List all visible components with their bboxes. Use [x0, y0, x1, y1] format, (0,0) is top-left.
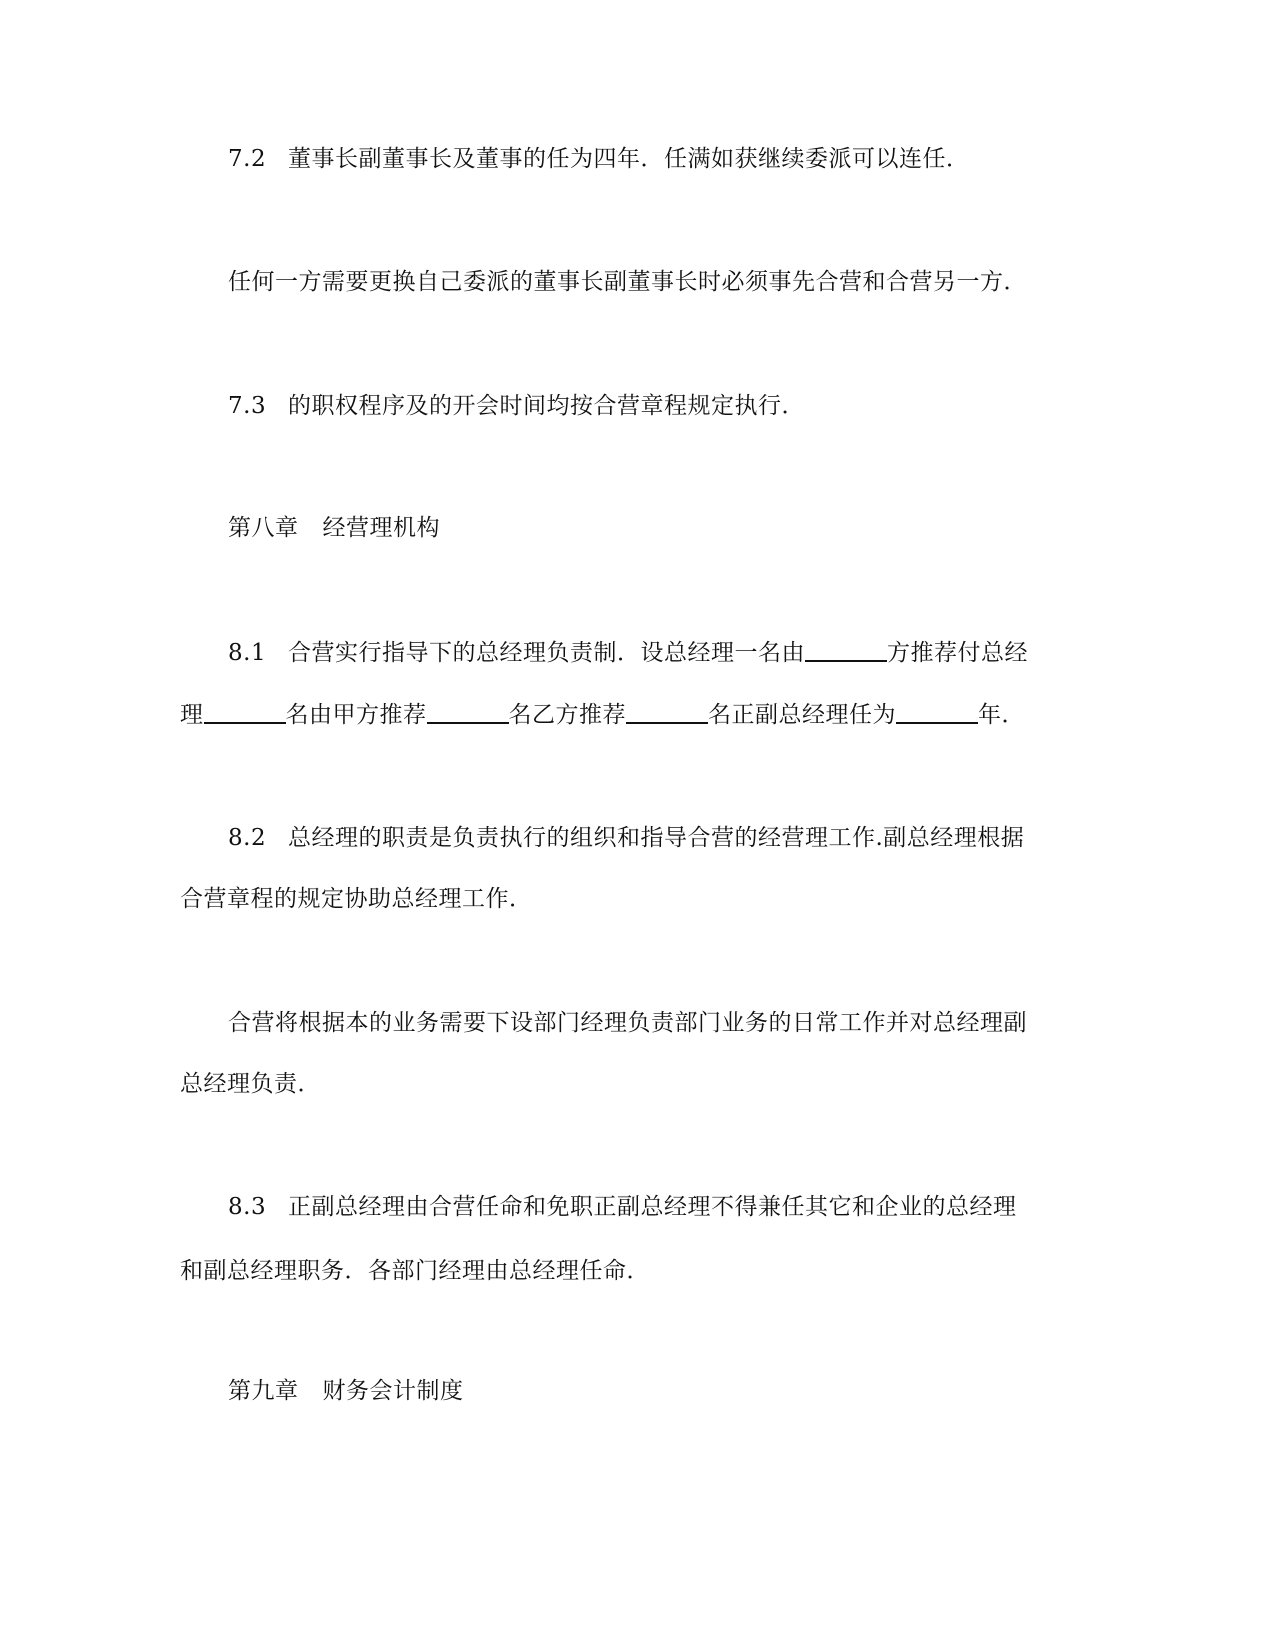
paragraph-text: 任何一方需要更换自己委派的董事长副董事长时必须事先合营和合营另一方．: [228, 269, 1027, 295]
clause-number: 7.3: [228, 391, 288, 421]
clause-text: 方推荐付总经: [887, 640, 1028, 666]
clause-8-2-paragraph-line-1: 合营将根据本的业务需要下设部门经理负责部门业务的日常工作并对总经理副: [228, 1008, 1027, 1038]
clause-text: 董事长副董事长及董事的任为四年．任满如获继续委派可以连任．: [288, 146, 970, 172]
clause-8-2-line-1: 8.2总经理的职责是负责执行的组织和指导合营的经营理工作.副总经理根据: [228, 823, 1024, 853]
chapter-8-heading: 第八章经营理机构: [228, 513, 440, 543]
clause-number: 7.2: [228, 144, 288, 174]
paragraph-text: 合营将根据本的业务需要下设部门经理负责部门业务的日常工作并对总经理副: [228, 1010, 1027, 1036]
clause-text: 名由甲方推荐: [286, 702, 427, 728]
clause-text: 合营章程的规定协助总经理工作．: [180, 886, 533, 912]
clause-text: 名正副总经理任为: [708, 702, 896, 728]
clause-8-3-line-1: 8.3正副总经理由合营任命和免职正副总经理不得兼任其它和企业的总经理: [228, 1192, 1017, 1222]
clause-8-3-line-2: 和副总经理职务．各部门经理由总经理任命．: [180, 1256, 650, 1286]
clause-text: 理: [180, 702, 204, 728]
clause-text: 合营实行指导下的总经理负责制．设总经理一名由: [288, 640, 805, 666]
clause-text: 和副总经理职务．各部门经理由总经理任命．: [180, 1258, 650, 1284]
clause-number: 8.2: [228, 823, 288, 853]
clause-text: 总经理的职责是负责执行的组织和指导合营的经营理工作.副总经理根据: [288, 825, 1024, 851]
chapter-title: 财务会计制度: [323, 1378, 464, 1404]
clause-text: 的职权程序及的开会时间均按合营章程规定执行．: [288, 393, 805, 419]
clause-text: 年．: [978, 702, 1025, 728]
clause-8-1-line-2: 理名由甲方推荐名乙方推荐名正副总经理任为年．: [180, 700, 1025, 730]
clause-8-2-paragraph-line-2: 总经理负责．: [180, 1069, 321, 1099]
fill-in-blank[interactable]: [204, 700, 286, 724]
chapter-number: 第九章: [228, 1378, 299, 1404]
fill-in-blank[interactable]: [626, 700, 708, 724]
clause-8-2-line-2: 合营章程的规定协助总经理工作．: [180, 884, 533, 914]
fill-in-blank[interactable]: [427, 700, 509, 724]
paragraph-text: 总经理负责．: [180, 1071, 321, 1097]
clause-7-3: 7.3的职权程序及的开会时间均按合营章程规定执行．: [228, 391, 805, 421]
clause-7-2-paragraph: 任何一方需要更换自己委派的董事长副董事长时必须事先合营和合营另一方．: [228, 267, 1027, 297]
fill-in-blank[interactable]: [896, 700, 978, 724]
clause-number: 8.3: [228, 1192, 288, 1222]
clause-text: 名乙方推荐: [509, 702, 627, 728]
clause-number: 8.1: [228, 638, 288, 668]
chapter-title: 经营理机构: [323, 515, 441, 541]
clause-text: 正副总经理由合营任命和免职正副总经理不得兼任其它和企业的总经理: [288, 1194, 1017, 1220]
chapter-number: 第八章: [228, 515, 299, 541]
clause-8-1-line-1: 8.1合营实行指导下的总经理负责制．设总经理一名由方推荐付总经: [228, 638, 1028, 668]
fill-in-blank[interactable]: [805, 638, 887, 662]
clause-7-2: 7.2董事长副董事长及董事的任为四年．任满如获继续委派可以连任．: [228, 144, 970, 174]
chapter-9-heading: 第九章财务会计制度: [228, 1376, 464, 1406]
